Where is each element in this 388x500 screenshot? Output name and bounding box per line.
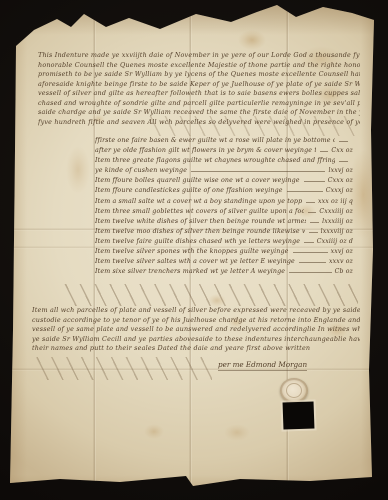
item-description: Item twelve faire guilte dishes chased w… [95, 238, 300, 245]
item-weight: Cxxiiij oz d [317, 238, 353, 245]
item-weight: xxvj oz [331, 248, 353, 255]
dash-leader [310, 221, 319, 223]
item-weight: Cxxxj oz [326, 187, 353, 194]
manuscript-line: saide chardge and ye saide Sr Wylliam re… [38, 108, 360, 118]
manuscript-line: This Indenture made ye xxviijth daie of … [38, 51, 360, 61]
item-description: Item ffoure bolles quarell guilte wise o… [95, 177, 300, 184]
item-description: Item a small salte wt a cover wt a boy s… [95, 198, 302, 205]
signature: per me Edmond Morgan [218, 360, 307, 371]
manuscript-line: fyve hundreth fiftie and seaven All wch … [38, 118, 360, 128]
dash-leader [339, 160, 348, 162]
item-description: Item sixe silver trenchers marked wt ye … [95, 268, 285, 275]
hatching-marks [34, 357, 212, 380]
item-description: ye kinde of cushen weyinge [95, 167, 187, 174]
inventory-item-row: ffirste one faire basen & ewer guilte wt… [95, 137, 353, 147]
inventory-list: ffirste one faire basen & ewer guilte wt… [95, 137, 353, 278]
item-description: ffirste one faire basen & ewer guilte wt… [95, 137, 335, 144]
inventory-item-row: Item sixe silver trenchers marked wt ye … [95, 268, 353, 278]
inventory-item-row: Item three small goblettes wt covers of … [95, 208, 353, 218]
wax-seal [280, 378, 308, 403]
manuscript-line: chased and wroughte of sondrie gilte and… [38, 99, 360, 109]
dash-leader [299, 261, 326, 263]
black-archival-patch [283, 401, 315, 429]
manuscript-line: honorable Counsell the Quenes moste exce… [38, 61, 360, 71]
item-weight: lxxxiiij oz [322, 218, 353, 225]
manuscript-line: vessell of silver and gilte as hereafter… [38, 89, 360, 99]
item-description: after ye olde ffashion gilt wt flowers i… [95, 147, 316, 154]
item-description: Item three greate flagons guilte wt chay… [95, 157, 335, 164]
manuscript-line: custodie accordinge to ye tenor of ye of… [32, 316, 360, 326]
dash-leader [320, 150, 329, 152]
item-description: Item three small goblettes wt covers of … [95, 208, 304, 215]
manuscript-line: their names and putt to their seales Dat… [32, 344, 360, 354]
item-description: Item twelve silver spones wth the knoppe… [95, 248, 289, 255]
item-description: Item twelve moo dishes of silver then be… [95, 228, 305, 235]
item-weight: xxx oz iij q [318, 198, 353, 205]
dash-leader [289, 271, 331, 273]
inventory-item-row: after ye olde ffashion gilt wt flowers i… [95, 147, 353, 157]
hatching-marks [62, 284, 358, 306]
inventory-item-row: ye kinde of cushen weyinge lxxvj oz [95, 167, 353, 177]
inventory-item-row: Item three greate flagons guilte wt chay… [95, 157, 353, 167]
signature-block: per me Edmond Morgan [218, 352, 307, 371]
inventory-item-row: Item ffoure bolles quarell guilte wise o… [95, 177, 353, 187]
dash-leader [287, 190, 323, 192]
inventory-item-row: Item twelve silver spones wth the knoppe… [95, 248, 353, 258]
inventory-item-row: Item twelve moo dishes of silver then be… [95, 228, 353, 238]
inventory-item-row: Item a small salte wt a cover wt a boy s… [95, 198, 353, 208]
item-weight: lxxvj oz [328, 167, 353, 174]
item-weight: xxxv oz [329, 258, 353, 265]
dash-leader [308, 211, 316, 213]
dash-leader [191, 170, 325, 172]
dash-leader [339, 140, 348, 142]
manuscript-line: aforesaide knighte beinge firste to be s… [38, 80, 360, 90]
dash-leader [306, 201, 315, 203]
stain [238, 30, 266, 50]
closing-paragraph: Item all wch parcelles of plate and vess… [32, 306, 360, 354]
item-weight: Cxxx oz [328, 177, 353, 184]
inventory-item-row: Item twelve silver saltes wth a cover wt… [95, 258, 353, 268]
stain [66, 146, 90, 194]
inventory-item-row: Item twelve faire guilte dishes chased w… [95, 238, 353, 248]
dash-leader [293, 251, 328, 253]
item-description: Item ffoure candlestickes guilte of one … [95, 187, 283, 194]
dash-leader [309, 231, 318, 233]
parchment-sheet: This Indenture made ye xxviijth daie of … [0, 0, 388, 500]
item-weight: Cxx oz [331, 147, 353, 154]
dash-leader [304, 241, 314, 243]
item-description: Item twelve silver saltes wth a cover wt… [95, 258, 295, 265]
manuscript-line: Item all wch parcelles of plate and vess… [32, 306, 360, 316]
item-description: Item twelve white dishes of silver then … [95, 218, 306, 225]
stain [144, 424, 164, 439]
photograph-of-manuscript: This Indenture made ye xxviijth daie of … [0, 0, 388, 500]
opening-paragraph: This Indenture made ye xxviijth daie of … [38, 51, 360, 127]
inventory-item-row: Item ffoure candlestickes guilte of one … [95, 187, 353, 197]
item-weight: Cxxxiiij oz [319, 208, 353, 215]
inventory-item-row: Item twelve white dishes of silver then … [95, 218, 353, 228]
manuscript-line: ye saide Sr Wylliam Cecill and ye partie… [32, 335, 360, 345]
item-weight: Cb oz [335, 268, 353, 275]
manuscript-line: promiseth to be ye saide Sr Wylliam by y… [38, 70, 360, 80]
manuscript-line: vessell of ye same plate and vessell to … [32, 325, 360, 335]
dash-leader [304, 180, 325, 182]
stain [224, 424, 250, 441]
item-weight: lxxxviij oz [321, 228, 353, 235]
